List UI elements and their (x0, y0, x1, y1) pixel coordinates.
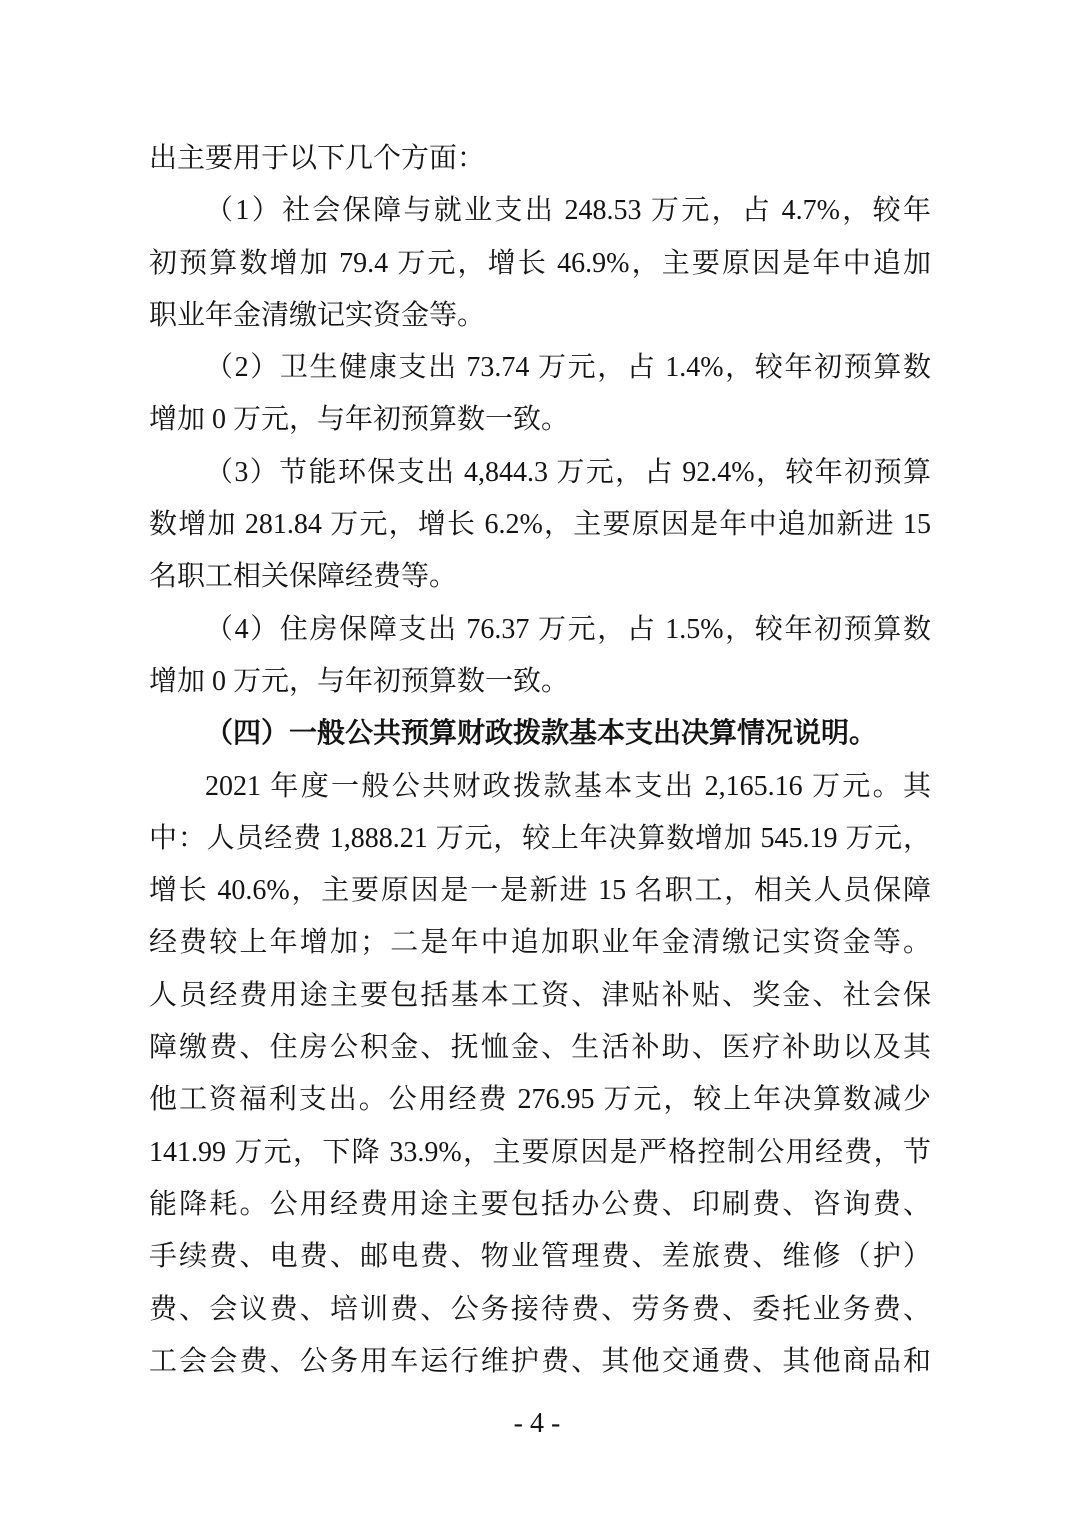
text-line: 费、会议费、培训费、公务接待费、劳务费、委托业务费、 (149, 1284, 931, 1336)
text-line: 障缴费、住房公积金、抚恤金、生活补助、医疗补助以及其 (149, 1022, 931, 1074)
text-line: 人员经费用途主要包括基本工资、津贴补贴、奖金、社会保 (149, 970, 931, 1022)
text-line: 他工资福利支出。公用经费 276.95 万元，较上年决算数减少 (149, 1074, 931, 1126)
text-line: 手续费、电费、邮电费、物业管理费、差旅费、维修（护） (149, 1231, 931, 1283)
text-line: 职业年金清缴记实资金等。 (149, 290, 931, 342)
text-line: （四）一般公共预算财政拨款基本支出决算情况说明。 (149, 708, 931, 760)
document-page: 出主要用于以下几个方面：（1）社会保障与就业支出 248.53 万元，占 4.7… (0, 0, 1074, 1520)
text-line: 中：人员经费 1,888.21 万元，较上年决算数增加 545.19 万元， (149, 813, 931, 865)
page-number: - 4 - (514, 1408, 561, 1439)
text-line: 工会会费、公务用车运行维护费、其他交通费、其他商品和 (149, 1336, 931, 1388)
text-line: 141.99 万元，下降 33.9%，主要原因是严格控制公用经费，节 (149, 1127, 931, 1179)
text-line: （4）住房保障支出 76.37 万元，占 1.5%，较年初预算数 (149, 604, 931, 656)
text-line: 数增加 281.84 万元，增长 6.2%，主要原因是年中追加新进 15 (149, 499, 931, 551)
text-line: 初预算数增加 79.4 万元，增长 46.9%，主要原因是年中追加 (149, 238, 931, 290)
text-line: 出主要用于以下几个方面： (149, 133, 931, 185)
page-footer: - 4 - (0, 1404, 1074, 1444)
text-line: 能降耗。公用经费用途主要包括办公费、印刷费、咨询费、 (149, 1179, 931, 1231)
text-line: 增加 0 万元，与年初预算数一致。 (149, 656, 931, 708)
text-line: 增加 0 万元，与年初预算数一致。 (149, 394, 931, 446)
text-line: （3）节能环保支出 4,844.3 万元，占 92.4%，较年初预算 (149, 447, 931, 499)
text-line: （1）社会保障与就业支出 248.53 万元，占 4.7%，较年 (149, 185, 931, 237)
text-line: （2）卫生健康支出 73.74 万元，占 1.4%，较年初预算数 (149, 342, 931, 394)
text-line: 名职工相关保障经费等。 (149, 551, 931, 603)
body-text: 出主要用于以下几个方面：（1）社会保障与就业支出 248.53 万元，占 4.7… (149, 133, 931, 1388)
text-line: 增长 40.6%，主要原因是一是新进 15 名职工，相关人员保障 (149, 865, 931, 917)
text-line: 2021 年度一般公共财政拨款基本支出 2,165.16 万元。其 (149, 761, 931, 813)
text-line: 经费较上年增加；二是年中追加职业年金清缴记实资金等。 (149, 917, 931, 969)
